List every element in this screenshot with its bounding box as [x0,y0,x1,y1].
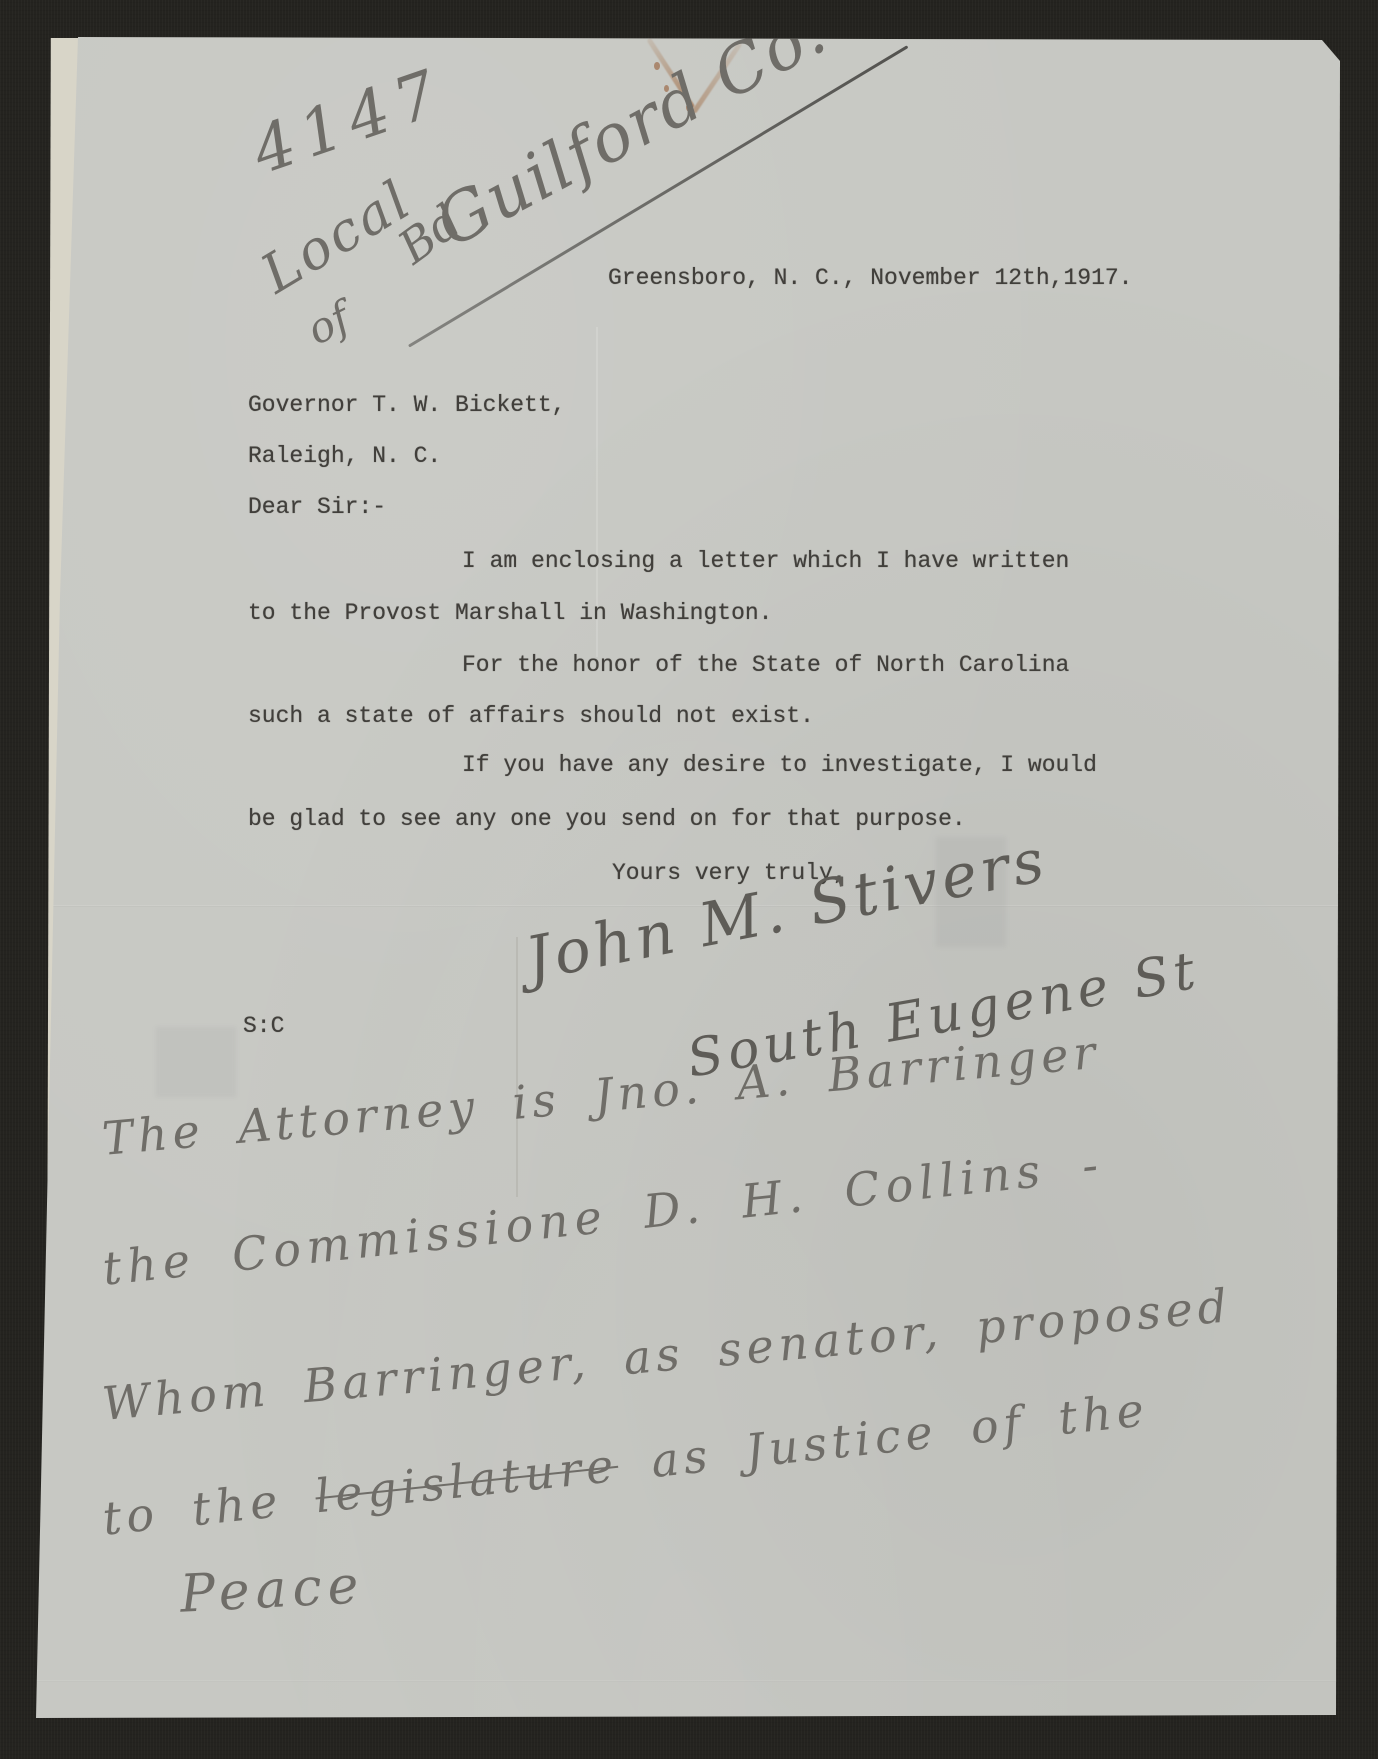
note-line4-post: as Justice of the [615,1382,1151,1491]
typed-salutation: Dear Sir:- [248,494,386,520]
body-line: If you have any desire to investigate, I… [462,752,1097,778]
body-line: to the Provost Marshall in Washington. [248,600,773,626]
letter-page: 4147 Local of Bd Guilford Co. Greensboro… [36,37,1341,1718]
typed-dateline: Greensboro, N. C., November 12th,1917. [608,265,1133,291]
note-line4-pre: to the [100,1470,318,1546]
annotation-of: of [299,293,357,355]
horizontal-fold-crease-bottom [36,1680,1341,1682]
annotation-guilford-co: Guilford Co. [423,0,839,262]
vertical-crease-lower [516,937,518,1197]
typed-recipient-name: Governor T. W. Bickett, [248,392,565,418]
note-line4-struck-word: legislature [313,1438,621,1523]
body-line: For the honor of the State of North Caro… [462,652,1069,678]
typist-initials: S:C [243,1013,284,1039]
typed-recipient-city: Raleigh, N. C. [248,443,441,469]
file-number-annotation: 4147 [243,55,455,190]
body-line: be glad to see any one you send on for t… [248,806,966,832]
note-line: Peace [179,1555,366,1625]
note-line: the Commissione D. H. Collins - [100,1137,1106,1296]
body-line: I am enclosing a letter which I have wri… [462,548,1069,574]
body-line: such a state of affairs should not exist… [248,703,814,729]
note-line: The Attorney is Jno. A. Barringer [100,1025,1102,1166]
bleed-through-marks [156,1027,236,1097]
